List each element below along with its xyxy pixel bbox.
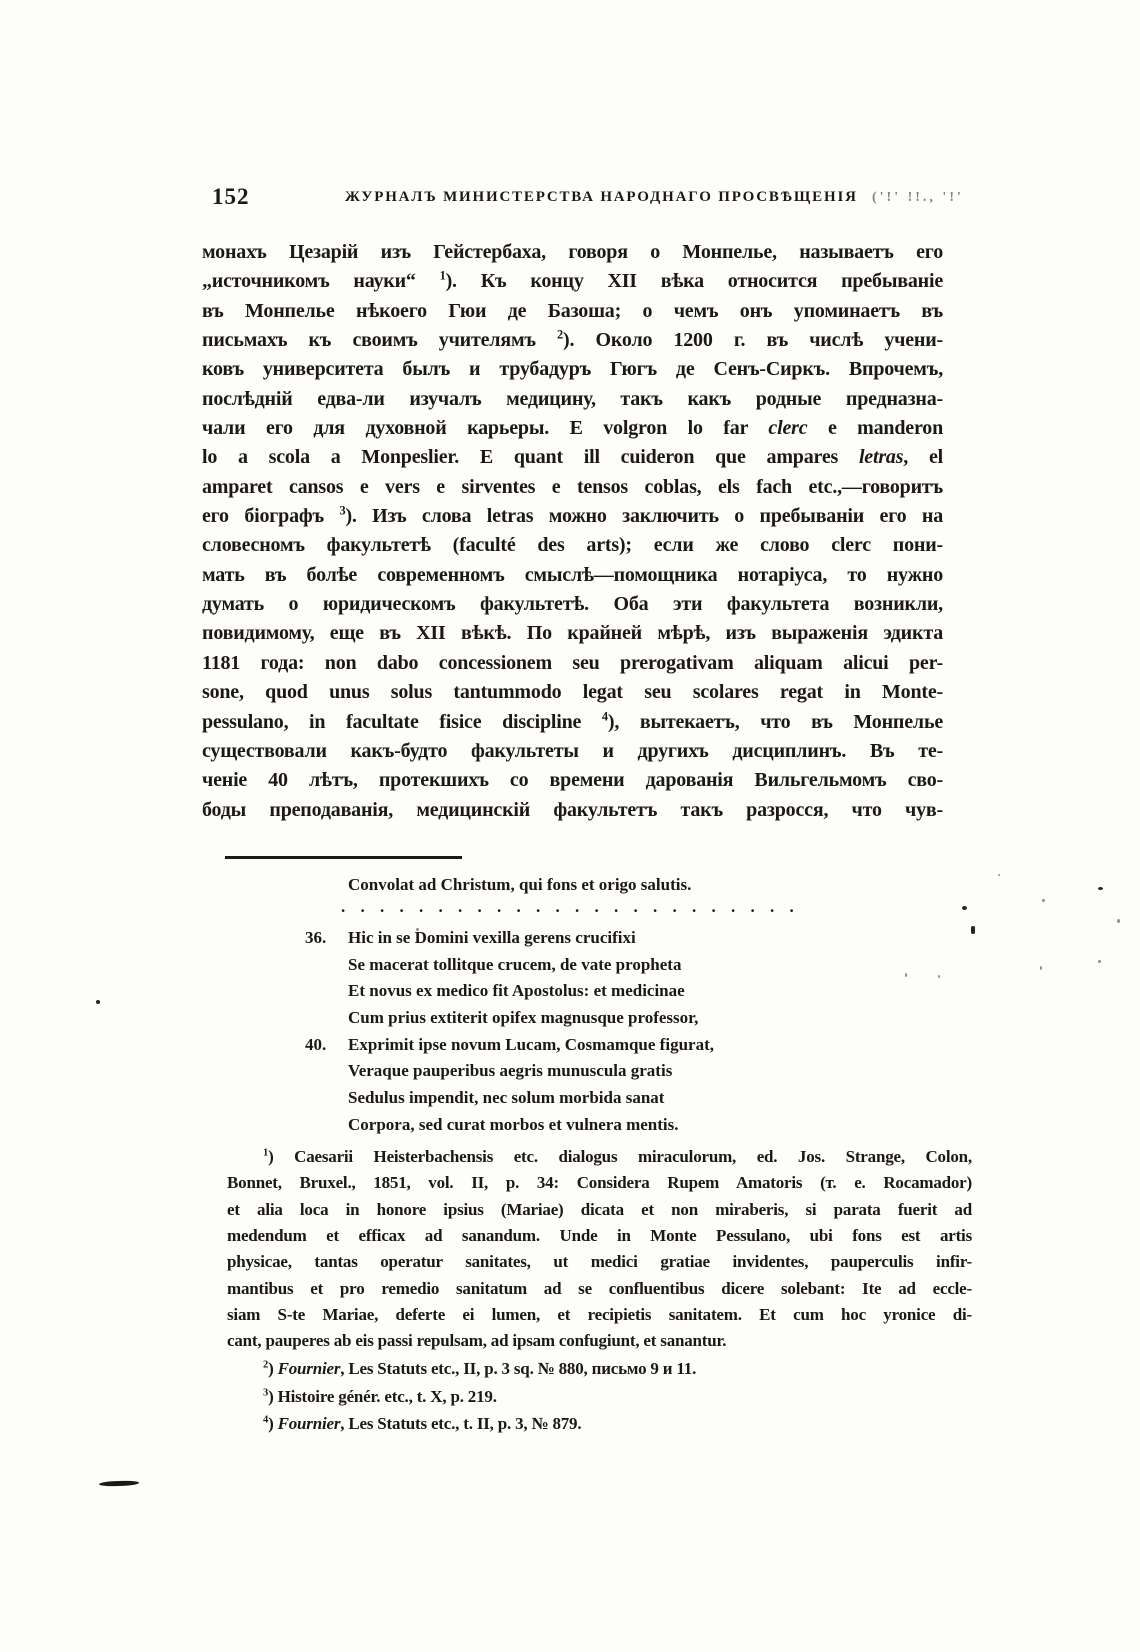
verse-line-text: Exprimit ipse novum Lucam, Cosmamque fig… (348, 1035, 714, 1054)
page-number: 152 (212, 184, 250, 210)
bottom-dash-mark (99, 1480, 139, 1486)
footnote-2: 2) Fournier, Les Statuts etc., II, p. 3 … (263, 1355, 972, 1383)
footnote-line: siam S-te Mariae, deferte ei lumen, et r… (227, 1302, 972, 1328)
body-line: боды преподаванія, медицинскій факультет… (202, 796, 943, 825)
body-line: ковъ университета былъ и трубадуръ Гюгъ … (202, 355, 943, 384)
footnote-line: mantibus et pro remedio sanitatum ad se … (227, 1276, 972, 1302)
footnote-1: 1) Caesarii Heisterbachensis etc. dialog… (227, 1144, 972, 1355)
footnote-line: medendum et efficax ad sanandum. Unde in… (227, 1223, 972, 1249)
scan-speck (1042, 899, 1045, 902)
verse-line: Convolat ad Christum, qui fons et origo … (348, 872, 691, 898)
footnote-line: Bonnet, Bruxel., 1851, vol. II, p. 34: C… (227, 1170, 972, 1196)
verse-line-text: Sedulus impendit, nec solum morbida sana… (348, 1088, 664, 1107)
verse-line-number: 36. (305, 925, 348, 952)
body-line: монахъ Цезарій изъ Гейстербаха, говоря о… (202, 238, 943, 267)
verse-line: 36.Hic in se Domini vexilla gerens cruci… (305, 925, 905, 952)
scan-speck (416, 928, 419, 931)
scan-speck (938, 975, 940, 978)
body-line: въ Монпелье нѣкоего Гюи де Базоша; о чем… (202, 297, 943, 326)
running-header-title: ЖУРНАЛЪ МИНИСТЕРСТВА НАРОДНАГО ПРОСВѢЩЕН… (345, 189, 858, 206)
verse-line: Se macerat tollitque crucem, de vate pro… (305, 952, 905, 979)
scan-speck (1117, 919, 1120, 923)
footnote-line: cant, pauperes ab eis passi repulsam, ad… (227, 1328, 972, 1354)
body-line: „источникомъ науки“ 1). Къ концу XII вѣк… (202, 267, 943, 296)
footnote-separator-rule (225, 856, 462, 859)
body-line: мать въ болѣе современномъ смыслѣ—помощн… (202, 561, 943, 590)
footnote-line: 1) Caesarii Heisterbachensis etc. dialog… (227, 1144, 972, 1170)
scanned-page: 152 ЖУРНАЛЪ МИНИСТЕРСТВА НАРОДНАГО ПРОСВ… (0, 0, 1140, 1652)
body-line: sone, quod unus solus tantummodo legat s… (202, 678, 943, 707)
verse-line-text: Cum prius extiterit opifex magnusque pro… (348, 1008, 698, 1027)
main-text-block: монахъ Цезарій изъ Гейстербаха, говоря о… (202, 238, 943, 825)
footnote-line: et alia loca in honore ipsius (Mariae) d… (227, 1197, 972, 1223)
body-line: думать о юридическомъ факультетѣ. Оба эт… (202, 590, 943, 619)
scan-speck (1098, 887, 1103, 890)
verse-ellipsis-dots: . . . . . . . . . . . . . . . . . . . . … (341, 897, 791, 917)
scan-speck (1098, 960, 1101, 963)
verse-line-text: Veraque pauperibus aegris munuscula grat… (348, 1061, 672, 1080)
footnote-line: physicae, tantas operatur sanitates, ut … (227, 1249, 972, 1275)
verse-block: 36.Hic in se Domini vexilla gerens cruci… (305, 925, 905, 1139)
footnote-4: 4) Fournier, Les Statuts etc., t. II, p.… (263, 1410, 972, 1438)
verse-line-text: Et novus ex medico fit Apostolus: et med… (348, 981, 685, 1000)
body-line: письмахъ къ своимъ учителямъ 2). Около 1… (202, 326, 943, 355)
verse-line: Et novus ex medico fit Apostolus: et med… (305, 978, 905, 1005)
scan-speck (998, 874, 1000, 876)
body-line: послѣдній едва-ли изучалъ медицину, такъ… (202, 385, 943, 414)
verse-line-number: 40. (305, 1032, 348, 1059)
verse-line: Corpora, sed curat morbos et vulnera men… (305, 1112, 905, 1139)
body-line: amparet cansos e vers e sirventes e tens… (202, 473, 943, 502)
body-line: 1181 года: non dabo concessionem seu pre… (202, 649, 943, 678)
body-line: повидимому, еще въ XII вѣкѣ. По крайней … (202, 619, 943, 648)
scan-speck (1040, 966, 1042, 970)
body-line: существовали какъ-будто факультеты и дру… (202, 737, 943, 766)
verse-line: 40.Exprimit ipse novum Lucam, Cosmamque … (305, 1032, 905, 1059)
scan-speck (905, 973, 907, 977)
scan-speck (971, 926, 975, 934)
verse-line-text: Hic in se Domini vexilla gerens crucifix… (348, 928, 636, 947)
scan-speck (96, 1000, 100, 1004)
scan-speck (962, 906, 967, 910)
verse-line: Sedulus impendit, nec solum morbida sana… (305, 1085, 905, 1112)
body-line: ченіе 40 лѣтъ, протекшихъ со времени дар… (202, 766, 943, 795)
verse-line-text: Corpora, sed curat morbos et vulnera men… (348, 1115, 679, 1134)
body-line: его біографъ 3). Изъ слова letras можно … (202, 502, 943, 531)
footnote-3: 3) Histoire génér. etc., t. X, p. 219. (263, 1383, 972, 1411)
body-line: pessulano, in facultate fisice disciplin… (202, 708, 943, 737)
verse-line: Veraque pauperibus aegris munuscula grat… (305, 1058, 905, 1085)
footnotes-2-4: 2) Fournier, Les Statuts etc., II, p. 3 … (263, 1355, 972, 1438)
header-ink-smudge: ('!' !!., '!' (872, 190, 964, 206)
verse-line: Cum prius extiterit opifex magnusque pro… (305, 1005, 905, 1032)
body-line: lo a scola a Monpeslier. E quant ill cui… (202, 443, 943, 472)
body-line: чали его для духовной карьеры. E volgron… (202, 414, 943, 443)
verse-line-text: Se macerat tollitque crucem, de vate pro… (348, 955, 681, 974)
body-line: словесномъ факультетѣ (faculté des arts)… (202, 531, 943, 560)
